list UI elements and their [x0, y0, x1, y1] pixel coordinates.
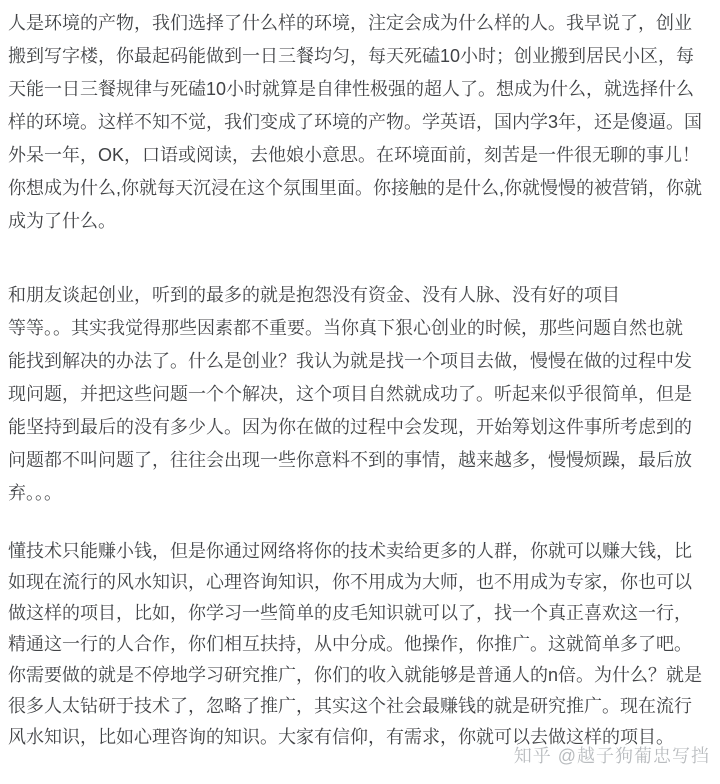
- article-line: 成为了什么。: [8, 205, 712, 238]
- paragraph: 人是环境的产物，我们选择了什么样的环境，注定会成为什么样的人。我早说了，创业 搬…: [8, 7, 712, 238]
- article-body: 人是环境的产物，我们选择了什么样的环境，注定会成为什么样的人。我早说了，创业 搬…: [0, 0, 720, 753]
- article-line: 能找到解决的办法了。什么是创业？我认为就是找一个项目去做，慢慢在做的过程中发: [8, 345, 712, 378]
- article-line: 问题都不叫问题了，往往会出现一些你意料不到的事情，越来越多，慢慢烦躁，最后放: [8, 444, 712, 477]
- zhihu-watermark-brand: 知乎: [514, 746, 552, 766]
- article-line: 样的环境。这样不知不觉，我们变成了环境的产物。学英语，国内学3年，还是傻逼。国: [8, 106, 712, 139]
- paragraph: 和朋友谈起创业，听到的最多的就是抱怨没有资金、没有人脉、没有好的项目 等等。。其…: [8, 279, 712, 510]
- zhihu-watermark-handle: @越子狗葡忠写挡: [558, 746, 710, 766]
- zhihu-watermark: 知乎@越子狗葡忠写挡: [514, 742, 710, 768]
- article-line: 你想成为什么,你就每天沉浸在这个氛围里面。你接触的是什么,你就慢慢的被营销，你就: [8, 172, 712, 205]
- article-line: 人是环境的产物，我们选择了什么样的环境，注定会成为什么样的人。我早说了，创业: [8, 7, 712, 40]
- article-line: 你需要做的就是不停地学习研究推广，你们的收入就能够是普通人的n倍。为什么？就是: [8, 660, 712, 691]
- article-line: 搬到写字楼，你最起码能做到一日三餐均匀，每天死磕10小时；创业搬到居民小区，每: [8, 40, 712, 73]
- paragraph: 懂技术只能赚小钱，但是你通过网络将你的技术卖给更多的人群，你就可以赚大钱，比 如…: [8, 536, 712, 753]
- article-line: 很多人太钻研于技术了，忽略了推广，其实这个社会最赚钱的就是研究推广。现在流行: [8, 691, 712, 722]
- article-line: 懂技术只能赚小钱，但是你通过网络将你的技术卖给更多的人群，你就可以赚大钱，比: [8, 536, 712, 567]
- article-page: 人是环境的产物，我们选择了什么样的环境，注定会成为什么样的人。我早说了，创业 搬…: [0, 0, 720, 784]
- article-line: 等等。。其实我觉得那些因素都不重要。当你真下狠心创业的时候，那些问题自然也就: [8, 312, 712, 345]
- article-line: 弃。。。: [8, 477, 712, 510]
- article-line: 天能一日三餐规律与死磕10小时就算是自律性极强的超人了。想成为什么，就选择什么: [8, 73, 712, 106]
- article-line: 和朋友谈起创业，听到的最多的就是抱怨没有资金、没有人脉、没有好的项目: [8, 279, 712, 312]
- article-line: 精通这一行的人合作，你们相互扶持，从中分成。他操作，你推广。这就简单多了吧。: [8, 629, 712, 660]
- article-line: 现问题，并把这些问题一个个解决，这个项目自然就成功了。听起来似乎很简单，但是: [8, 378, 712, 411]
- article-line: 能坚持到最后的没有多少人。因为你在做的过程中会发现，开始筹划这件事所考虑到的: [8, 411, 712, 444]
- article-line: 做这样的项目，比如，你学习一些简单的皮毛知识就可以了，找一个真正喜欢这一行，: [8, 598, 712, 629]
- article-line: 外呆一年，OK，口语或阅读，去他娘小意思。在环境面前，刻苦是一件很无聊的事儿！: [8, 139, 712, 172]
- article-line: 如现在流行的风水知识，心理咨询知识，你不用成为大师，也不用成为专家，你也可以: [8, 567, 712, 598]
